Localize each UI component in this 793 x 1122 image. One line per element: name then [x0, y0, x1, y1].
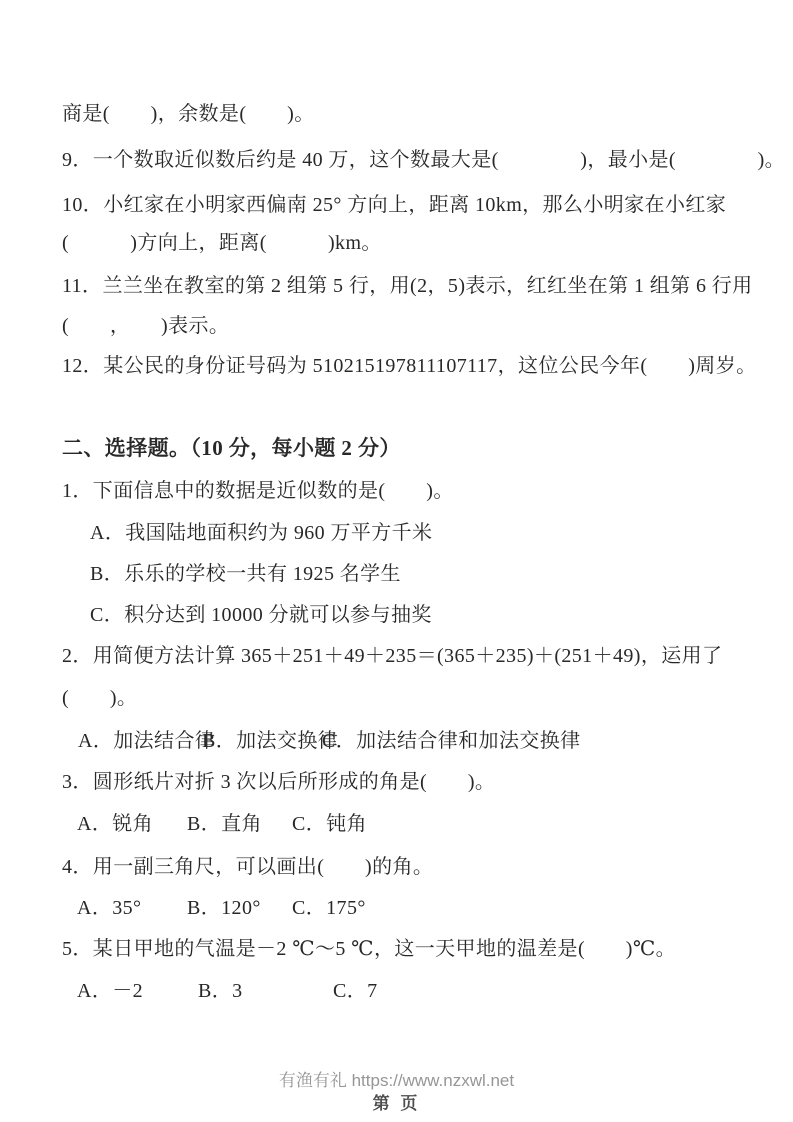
mc-q5-option-a: A．－2: [77, 977, 143, 1005]
mc-q4-option-c: C．175°: [292, 894, 366, 922]
mc-q3-option-b: B．直角: [187, 810, 262, 838]
q10-line-1: 10．小红家在小明家西偏南 25° 方向上，距离 10km，那么小明家在小红家: [62, 191, 753, 219]
q8-continuation-line: 商是( )，余数是( )。: [62, 100, 753, 128]
mc-q1-stem: 1．下面信息中的数据是近似数的是( )。: [62, 477, 753, 505]
mc-q3-option-c: C．钝角: [292, 810, 367, 838]
mc-q4-stem: 4．用一副三角尺，可以画出( )的角。: [62, 853, 753, 881]
mc-q4-option-b: B．120°: [187, 894, 261, 922]
q12-line: 12．某公民的身份证号码为 510215197811107117，这位公民今年(…: [62, 352, 753, 380]
mc-q3-stem: 3．圆形纸片对折 3 次以后所形成的角是( )。: [62, 768, 753, 796]
exam-page: 商是( )，余数是( )。 9．一个数取近似数后约是 40 万，这个数最大是( …: [0, 0, 793, 1122]
footer-page-number: 第 页: [0, 1089, 793, 1114]
mc-q5-stem: 5．某日甲地的气温是－2 ℃～5 ℃，这一天甲地的温差是( )℃。: [62, 935, 753, 963]
mc-q1-option-b: B．乐乐的学校一共有 1925 名学生: [90, 560, 753, 588]
mc-q5-option-b: B．3: [198, 977, 243, 1005]
mc-q4-option-a: A．35°: [77, 894, 141, 922]
mc-q5-option-c: C．7: [333, 977, 378, 1005]
mc-q2-stem-line-1: 2．用简便方法计算 365＋251＋49＋235＝(365＋235)＋(251＋…: [62, 642, 753, 670]
mc-q1-option-a: A．我国陆地面积约为 960 万平方千米: [90, 519, 753, 547]
footer-watermark: 有渔有礼 https://www.nzxwl.net: [0, 1066, 793, 1091]
mc-q3-option-a: A．锐角: [77, 810, 153, 838]
mc-q2-option-b: B．加法交换律: [202, 727, 338, 755]
mc-q2-option-c: C．加法结合律和加法交换律: [322, 727, 581, 755]
q11-line-1: 11．兰兰坐在教室的第 2 组第 5 行，用(2，5)表示，红红坐在第 1 组第…: [62, 272, 753, 300]
mc-q1-option-c: C．积分达到 10000 分就可以参与抽奖: [90, 601, 753, 629]
q9-line: 9．一个数取近似数后约是 40 万，这个数最大是( )，最小是( )。: [62, 146, 753, 174]
mc-q2-option-a: A．加法结合律: [78, 727, 215, 755]
mc-q2-stem-line-2: ( )。: [62, 684, 753, 712]
q10-line-2: ( )方向上，距离( )km。: [62, 229, 753, 257]
q11-line-2: ( ， )表示。: [62, 312, 753, 340]
section-2-heading: 二、选择题。（10 分，每小题 2 分）: [62, 434, 753, 462]
